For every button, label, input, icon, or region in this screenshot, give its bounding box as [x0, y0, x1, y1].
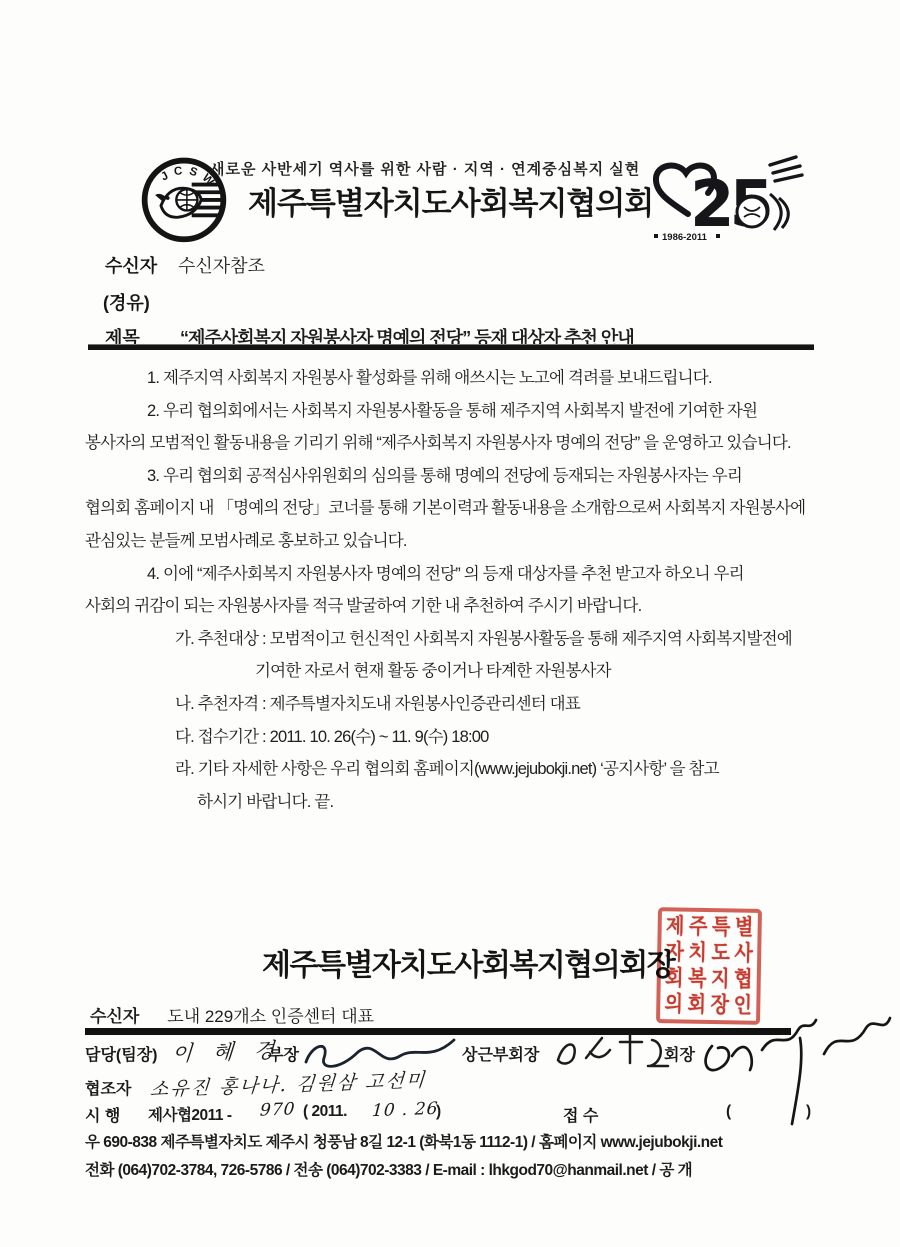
letter-body: 1. 제주지역 사회복지 자원봉사 활성화를 위해 애쓰시는 노고에 격려를 보…	[85, 362, 830, 818]
sanggeun-signature	[552, 1030, 672, 1074]
body-line: 4. 이에 “제주사회복지 자원봉사자 명예의 전당” 의 등재 대상자를 추천…	[85, 558, 830, 591]
via-label: (경유)	[103, 289, 150, 315]
footer-recipient-row: 수신자도내 229개소 인증센터 대표	[90, 1002, 374, 1027]
seal-char: 주	[686, 916, 709, 938]
footer-phone-email: 전화 (064)702-3784, 726-5786 / 전송 (064)702…	[85, 1158, 692, 1180]
signatory-title: 제주특별자치도사회복지협의회장	[262, 940, 674, 984]
jeopsu-paren-open: (	[726, 1103, 731, 1121]
cooperator-label: 협조자	[85, 1076, 131, 1099]
footer-recipient-label: 수신자	[90, 1007, 139, 1026]
seal-char: 제	[663, 915, 686, 937]
footer-recipient-value: 도내 229개소 인증센터 대표	[167, 1007, 374, 1026]
bujang-label: 부장	[268, 1042, 299, 1065]
body-line: 하시기 바랍니다. 끝.	[85, 786, 830, 819]
seal-char: 자	[663, 941, 686, 963]
body-line: 봉사자의 모범적인 활동내용을 기리기 위해 “제주사회복지 자원봉사자 명예의…	[85, 427, 830, 460]
body-line: 가. 추천대상 : 모범적이고 헌신적인 사회복지 자원봉사활동을 통해 제주지…	[85, 623, 830, 656]
body-line: 다. 접수기간 : 2011. 10. 26(수) ~ 11. 9(수) 18:…	[85, 721, 830, 754]
docno-handwritten-date: 10 . 26	[371, 1099, 439, 1121]
jeopsu-paren-close: )	[806, 1103, 811, 1121]
seal-char: 인	[731, 994, 754, 1016]
seal-char: 별	[732, 916, 755, 938]
body-line: 관심있는 분들께 모범사례로 홍보하고 있습니다.	[85, 525, 830, 558]
footer-address: 우 690-838 제주특별자치도 제주시 청풍남 8길 12-1 (화북1동 …	[85, 1130, 722, 1152]
hoejang-label: 회장	[664, 1042, 695, 1065]
scanned-letter-page: JCSW 새로운 사반세기 역사를 위한 사람 · 지역 · 연계중심복지 실현…	[0, 0, 900, 1247]
damdang-handwritten-name: 이 혜 경	[171, 1034, 282, 1068]
jeopsu-label: 접 수	[563, 1103, 598, 1126]
official-red-seal: 제 주 특 별 자 치 도 사 회 복 지 협 의 회 장 인	[656, 907, 762, 1025]
body-line: 사회의 귀감이 되는 자원봉사자를 적극 발굴하여 기한 내 추천하여 주시기 …	[85, 590, 830, 623]
cooperator-handwritten-names: 소유진 홍나나. 김원삼 고선미	[149, 1065, 427, 1102]
header-slogan: 새로운 사반세기 역사를 위한 사람 · 지역 · 연계중심복지 실현	[210, 158, 640, 179]
docno-label: 시 행	[85, 1103, 120, 1126]
org-name-title: 제주특별자치도사회복지협의회	[248, 178, 653, 223]
header-divider-line	[88, 344, 814, 350]
seal-char: 도	[709, 942, 732, 964]
recipient-label: 수신자	[105, 252, 157, 278]
anniversary-years: 1986-2011	[662, 232, 708, 243]
body-line: 협의회 홈페이지 내 「명예의 전당」코너를 통해 기본이력과 활동내용을 소개…	[85, 492, 830, 525]
seal-char: 의	[662, 993, 685, 1015]
seal-char: 사	[732, 942, 755, 964]
docno-mid: ( 2011.	[303, 1103, 347, 1121]
body-line: 1. 제주지역 사회복지 자원봉사 활성화를 위해 애쓰시는 노고에 격려를 보…	[85, 362, 830, 395]
anniversary-25-logo-icon: 25 1986-2011	[648, 152, 806, 248]
seal-char: 복	[686, 968, 709, 990]
seal-char: 특	[709, 916, 732, 938]
docno-prefix: 제사협2011 -	[148, 1103, 232, 1125]
seal-char: 장	[708, 994, 731, 1016]
seal-char: 지	[709, 968, 732, 990]
seal-char: 회	[663, 967, 686, 989]
docno-close: )	[436, 1103, 441, 1121]
sanggeun-label: 상근부회장	[462, 1042, 539, 1065]
seal-char: 치	[686, 942, 709, 964]
body-line: 기여한 자로서 현재 활동 중이거나 타계한 자원봉사자	[85, 655, 830, 688]
body-line: 2. 우리 협의회에서는 사회복지 자원봉사활동을 통해 제주지역 사회복지 발…	[85, 395, 830, 428]
recipient-value: 수신자참조	[178, 252, 265, 278]
body-line: 나. 추천자격 : 제주특별자치도내 자원봉사인증관리센터 대표	[85, 688, 830, 721]
hoejang-signature	[692, 1006, 892, 1128]
seal-char: 협	[732, 968, 755, 990]
docno-handwritten-number: 970	[259, 1099, 296, 1120]
seal-char: 회	[685, 994, 708, 1016]
body-line: 라. 기타 자세한 사항은 우리 협의회 홈페이지(www.jejubokji.…	[85, 753, 830, 786]
body-line: 3. 우리 협의회 공적심사위원회의 심의를 통해 명예의 전당에 등재되는 자…	[85, 460, 830, 493]
damdang-label: 담당(팀장)	[85, 1042, 157, 1065]
